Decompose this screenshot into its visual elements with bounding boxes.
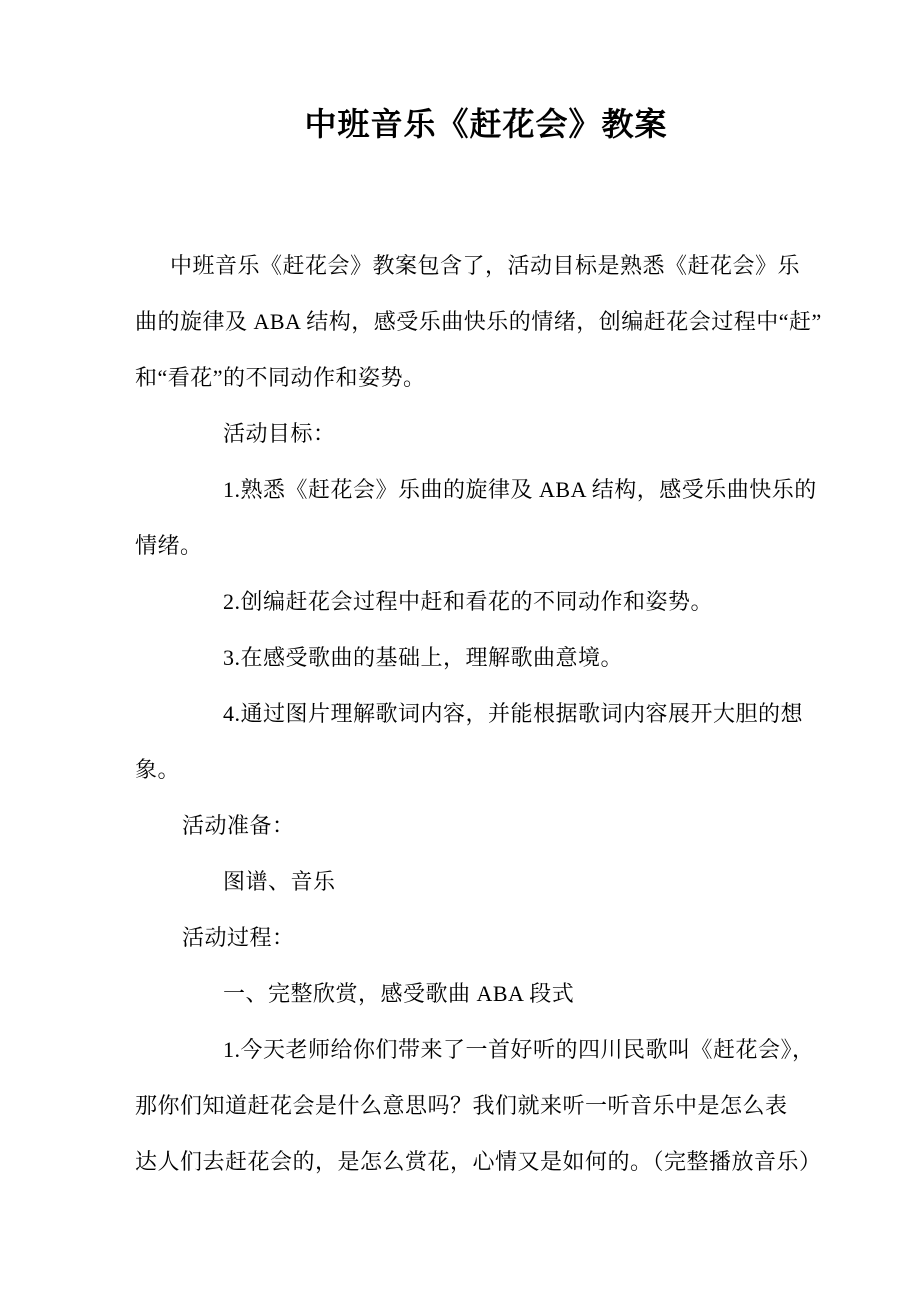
document-body: 中班音乐《赶花会》教案包含了，活动目标是熟悉《赶花会》乐曲的旋律及 ABA 结构… <box>135 238 900 1190</box>
paragraph-intro: 中班音乐《赶花会》教案包含了，活动目标是熟悉《赶花会》乐曲的旋律及 ABA 结构… <box>135 238 900 406</box>
paragraph-goal-4: 4.通过图片理解歌词内容，并能根据歌词内容展开大胆的想象。 <box>135 686 900 798</box>
document-line: 活动过程： <box>135 910 900 966</box>
document-line: 那你们知道赶花会是什么意思吗？我们就来听一听音乐中是怎么表 <box>135 1078 900 1134</box>
document-line: 达人们去赶花会的，是怎么赏花，心情又是如何的。（完整播放音乐） <box>135 1134 900 1190</box>
document-title: 中班音乐《赶花会》教案 <box>0 100 920 148</box>
document-line: 1.熟悉《赶花会》乐曲的旋律及 ABA 结构，感受乐曲快乐的 <box>135 462 900 518</box>
paragraph-preparation-content: 图谱、音乐 <box>135 854 900 910</box>
document-line: 象。 <box>135 742 900 798</box>
document-line: 活动目标： <box>135 406 900 462</box>
paragraph-goal-3: 3.在感受歌曲的基础上，理解歌曲意境。 <box>135 630 900 686</box>
document-line: 一、完整欣赏，感受歌曲 ABA 段式 <box>135 966 900 1022</box>
paragraph-goal-2: 2.创编赶花会过程中赶和看花的不同动作和姿势。 <box>135 574 900 630</box>
document-line: 4.通过图片理解歌词内容，并能根据歌词内容展开大胆的想 <box>135 686 900 742</box>
document-line: 曲的旋律及 ABA 结构，感受乐曲快乐的情绪，创编赶花会过程中“赶” <box>135 294 900 350</box>
document-line: 3.在感受歌曲的基础上，理解歌曲意境。 <box>135 630 900 686</box>
document-line: 1.今天老师给你们带来了一首好听的四川民歌叫《赶花会》， <box>135 1022 900 1078</box>
paragraph-process-section-1: 一、完整欣赏，感受歌曲 ABA 段式 <box>135 966 900 1022</box>
document-line: 中班音乐《赶花会》教案包含了，活动目标是熟悉《赶花会》乐 <box>135 238 900 294</box>
paragraph-goals-heading: 活动目标： <box>135 406 900 462</box>
document-line: 图谱、音乐 <box>135 854 900 910</box>
paragraph-goal-1: 1.熟悉《赶花会》乐曲的旋律及 ABA 结构，感受乐曲快乐的情绪。 <box>135 462 900 574</box>
document-line: 2.创编赶花会过程中赶和看花的不同动作和姿势。 <box>135 574 900 630</box>
paragraph-preparation-heading: 活动准备： <box>135 798 900 854</box>
document-line: 情绪。 <box>135 518 900 574</box>
document-line: 活动准备： <box>135 798 900 854</box>
paragraph-process-heading: 活动过程： <box>135 910 900 966</box>
document-line: 和“看花”的不同动作和姿势。 <box>135 350 900 406</box>
paragraph-process-step-1: 1.今天老师给你们带来了一首好听的四川民歌叫《赶花会》，那你们知道赶花会是什么意… <box>135 1022 900 1190</box>
document-page: 中班音乐《赶花会》教案 中班音乐《赶花会》教案包含了，活动目标是熟悉《赶花会》乐… <box>0 0 920 1302</box>
